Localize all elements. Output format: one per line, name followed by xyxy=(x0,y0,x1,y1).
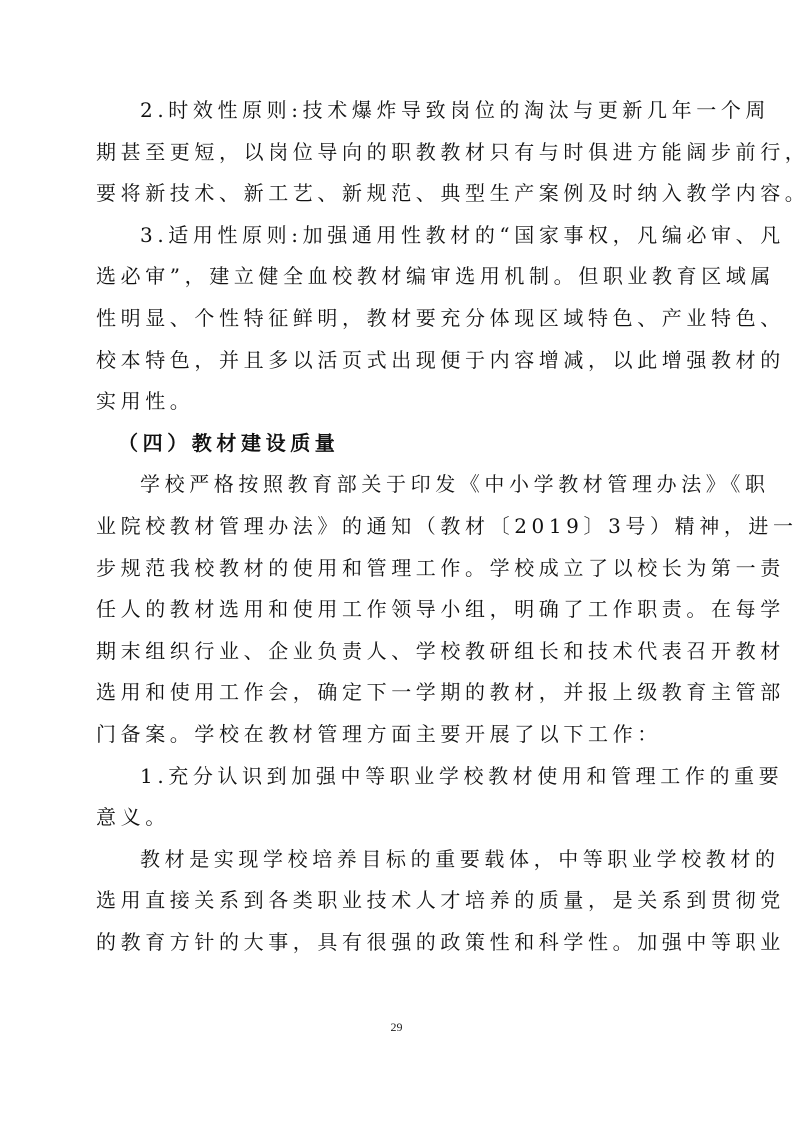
section-heading: （四）教材建设质量 xyxy=(96,423,700,465)
text-line: 选用和使用工作会，确定下一学期的教材，并报上级教育主管部 xyxy=(96,672,700,714)
text-line: 教材是实现学校培养目标的重要载体，中等职业学校教材的 xyxy=(96,839,700,881)
text-line: 期末组织行业、企业负责人、学校教研组长和技术代表召开教材 xyxy=(96,631,700,673)
text-line: 要将新技术、新工艺、新规范、典型生产案例及时纳入教学内容。 xyxy=(96,173,700,215)
text-line: 任人的教材选用和使用工作领导小组，明确了工作职责。在每学 xyxy=(96,589,700,631)
section-heading-textbook-quality: （四）教材建设质量 xyxy=(96,423,700,465)
text-line: 实用性。 xyxy=(96,381,700,423)
text-line: 选用直接关系到各类职业技术人才培养的质量，是关系到贯彻党 xyxy=(96,880,700,922)
text-line: 意义。 xyxy=(96,797,700,839)
text-line: 2.时效性原则:技术爆炸导致岗位的淘汰与更新几年一个周 xyxy=(96,90,700,132)
text-line: 门备案。学校在教材管理方面主要开展了以下工作： xyxy=(96,714,700,756)
text-line: 3.适用性原则:加强通用性教材的“国家事权，凡编必审、凡 xyxy=(96,215,700,257)
document-page: 2.时效性原则:技术爆炸导致岗位的淘汰与更新几年一个周 期甚至更短，以岗位导向的… xyxy=(96,90,700,963)
page-number: 29 xyxy=(0,1020,793,1035)
paragraph-textbook-carrier: 教材是实现学校培养目标的重要载体，中等职业学校教材的 选用直接关系到各类职业技术… xyxy=(96,839,700,964)
paragraph-timeliness-principle: 2.时效性原则:技术爆炸导致岗位的淘汰与更新几年一个周 期甚至更短，以岗位导向的… xyxy=(96,90,700,215)
text-line: 选必审”，建立健全血校教材编审选用机制。但职业教育区域属 xyxy=(96,256,700,298)
text-line: 校本特色，并且多以活页式出现便于内容增减，以此增强教材的 xyxy=(96,340,700,382)
paragraph-numbered-item-1: 1.充分认识到加强中等职业学校教材使用和管理工作的重要 意义。 xyxy=(96,756,700,839)
text-line: 1.充分认识到加强中等职业学校教材使用和管理工作的重要 xyxy=(96,756,700,798)
text-line: 性明显、个性特征鲜明，教材要充分体现区域特色、产业特色、 xyxy=(96,298,700,340)
paragraph-textbook-management: 学校严格按照教育部关于印发《中小学教材管理办法》《职 业院校教材管理办法》的通知… xyxy=(96,464,700,755)
text-line: 期甚至更短，以岗位导向的职教教材只有与时俱进方能阔步前行， xyxy=(96,132,700,174)
paragraph-applicability-principle: 3.适用性原则:加强通用性教材的“国家事权，凡编必审、凡 选必审”，建立健全血校… xyxy=(96,215,700,423)
text-line: 的教育方针的大事，具有很强的政策性和科学性。加强中等职业 xyxy=(96,922,700,964)
text-line: 业院校教材管理办法》的通知（教材〔2019〕3号）精神，进一 xyxy=(96,506,700,548)
text-line: 步规范我校教材的使用和管理工作。学校成立了以校长为第一责 xyxy=(96,548,700,590)
text-line: 学校严格按照教育部关于印发《中小学教材管理办法》《职 xyxy=(96,464,700,506)
